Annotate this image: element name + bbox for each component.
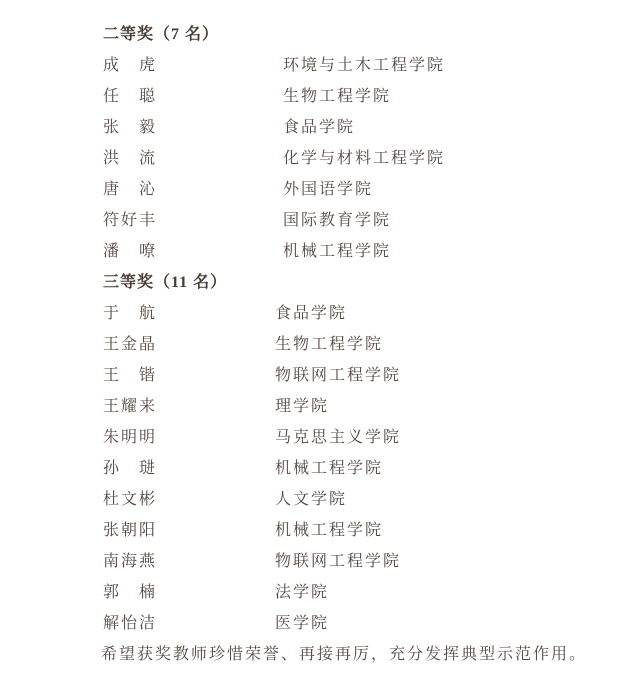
awardee-name: 杜文彬 [103, 491, 157, 508]
college-name: 食品学院 [283, 112, 355, 143]
awardee-name: 成 虎 [103, 57, 157, 74]
awardee-name: 王耀来 [103, 398, 157, 415]
award-row: 王 锴 物联网工程学院 [103, 360, 618, 391]
awardee-name: 于 航 [103, 305, 157, 322]
awardee-name: 张朝阳 [103, 522, 157, 539]
document-content: 二等奖（7 名） 成 虎 环境与土木工程学院 任 聪 生物工程学院 张 毅 食品… [0, 0, 618, 670]
awardee-name: 潘 嘹 [103, 243, 157, 260]
college-name: 理学院 [275, 391, 329, 422]
college-name: 机械工程学院 [275, 453, 383, 484]
closing-remark: 希望获奖教师珍惜荣誉、再接再厉，充分发挥典型示范作用。 [101, 639, 618, 670]
award-row: 郭 楠 法学院 [103, 577, 618, 608]
college-name: 物联网工程学院 [275, 546, 401, 577]
section-heading-third-prize: 三等奖（11 名） [103, 267, 618, 298]
awardee-name: 解怡洁 [103, 615, 157, 632]
awardee-name: 洪 流 [103, 150, 157, 167]
college-name: 国际教育学院 [283, 205, 391, 236]
award-row: 成 虎 环境与土木工程学院 [103, 50, 618, 81]
award-row: 南海燕 物联网工程学院 [103, 546, 618, 577]
college-name: 食品学院 [275, 298, 347, 329]
awardee-name: 孙 琎 [103, 460, 157, 477]
awardee-name: 符好丰 [103, 212, 157, 229]
awardee-name: 南海燕 [103, 553, 157, 570]
section-heading-second-prize: 二等奖（7 名） [103, 19, 618, 50]
award-row: 符好丰 国际教育学院 [103, 205, 618, 236]
award-row: 洪 流 化学与材料工程学院 [103, 143, 618, 174]
college-name: 医学院 [275, 608, 329, 639]
award-row: 唐 沁 外国语学院 [103, 174, 618, 205]
college-name: 人文学院 [275, 484, 347, 515]
college-name: 外国语学院 [283, 174, 373, 205]
college-name: 马克思主义学院 [275, 422, 401, 453]
award-row: 孙 琎 机械工程学院 [103, 453, 618, 484]
award-row: 潘 嘹 机械工程学院 [103, 236, 618, 267]
college-name: 机械工程学院 [283, 236, 391, 267]
award-row: 任 聪 生物工程学院 [103, 81, 618, 112]
awardee-name: 张 毅 [103, 119, 157, 136]
award-row: 解怡洁 医学院 [103, 608, 618, 639]
award-row: 于 航 食品学院 [103, 298, 618, 329]
awardee-name: 王金晶 [103, 336, 157, 353]
award-row: 张朝阳 机械工程学院 [103, 515, 618, 546]
college-name: 机械工程学院 [275, 515, 383, 546]
awardee-name: 任 聪 [103, 88, 157, 105]
college-name: 环境与土木工程学院 [283, 50, 445, 81]
college-name: 生物工程学院 [283, 81, 391, 112]
award-row: 朱明明 马克思主义学院 [103, 422, 618, 453]
award-row: 张 毅 食品学院 [103, 112, 618, 143]
college-name: 法学院 [275, 577, 329, 608]
awardee-name: 唐 沁 [103, 181, 157, 198]
award-row: 王耀来 理学院 [103, 391, 618, 422]
awardee-name: 朱明明 [103, 429, 157, 446]
college-name: 物联网工程学院 [275, 360, 401, 391]
college-name: 化学与材料工程学院 [283, 143, 445, 174]
awardee-name: 王 锴 [103, 367, 157, 384]
document-page: 二等奖（7 名） 成 虎 环境与土木工程学院 任 聪 生物工程学院 张 毅 食品… [0, 0, 618, 684]
college-name: 生物工程学院 [275, 329, 383, 360]
award-row: 杜文彬 人文学院 [103, 484, 618, 515]
award-row: 王金晶 生物工程学院 [103, 329, 618, 360]
awardee-name: 郭 楠 [103, 584, 157, 601]
